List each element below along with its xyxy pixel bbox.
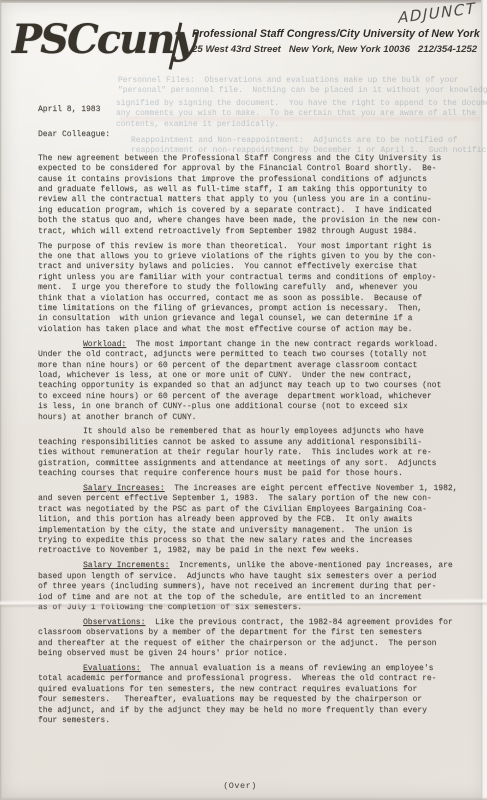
letter-body: April 8, 1983 Dear Colleague: The new ag… bbox=[38, 105, 472, 731]
paragraph-workload: Workload: The most important change in t… bbox=[38, 340, 472, 423]
paragraph-evaluations: Evaluations: The annual evaluation is a … bbox=[38, 664, 472, 726]
scan-edge-top bbox=[0, 0, 487, 3]
page-turn-note: (Over) bbox=[0, 781, 480, 791]
scan-edge-left bbox=[0, 0, 2, 800]
paragraph-salary-increases: Salary Increases: The increases are eigh… bbox=[38, 484, 472, 557]
paragraph-text: The annual evaluation is a means of revi… bbox=[38, 664, 436, 725]
paragraph-hourly-duties: It should also be remembered that as hou… bbox=[38, 427, 472, 479]
paragraph-text: The most important change in the new con… bbox=[38, 340, 441, 422]
handwritten-annotation: ADJUNCT bbox=[398, 0, 476, 27]
paragraph-heading: Observations: bbox=[83, 618, 145, 627]
paragraph-purpose: The purpose of this review is more than … bbox=[38, 242, 472, 336]
bleedthrough-text: Personnel Files: Observations and evalua… bbox=[118, 76, 487, 97]
paragraph-intro: The new agreement between the Profession… bbox=[38, 154, 472, 237]
paragraph-heading: Evaluations: bbox=[83, 664, 141, 673]
paragraph-heading: Salary Increases: bbox=[83, 484, 165, 493]
paragraph-heading: Salary Increments: bbox=[83, 561, 169, 570]
paragraph-text: The increases are eight percent effectiv… bbox=[38, 484, 457, 555]
psc-cuny-logo: PSCcuny bbox=[12, 20, 195, 60]
scanned-letter-page: ADJUNCT PSCcuny Professional Staff Congr… bbox=[0, 0, 487, 800]
organization-address: 25 West 43rd Street New York, New York 1… bbox=[192, 44, 480, 55]
paragraph-text: The new agreement between the Profession… bbox=[38, 154, 441, 236]
salutation: Dear Colleague: bbox=[38, 130, 472, 140]
paragraph-heading: Workload: bbox=[83, 340, 126, 349]
paragraph-text: The purpose of this review is more than … bbox=[38, 242, 436, 334]
paragraph-text: It should also be remembered that as hou… bbox=[38, 427, 436, 478]
organization-name: Professional Staff Congress/City Univers… bbox=[192, 28, 480, 40]
letter-date: April 8, 1983 bbox=[38, 105, 472, 115]
paragraph-observations: Observations: Like the previous contract… bbox=[38, 618, 472, 660]
letterhead-text: Professional Staff Congress/City Univers… bbox=[192, 28, 480, 55]
